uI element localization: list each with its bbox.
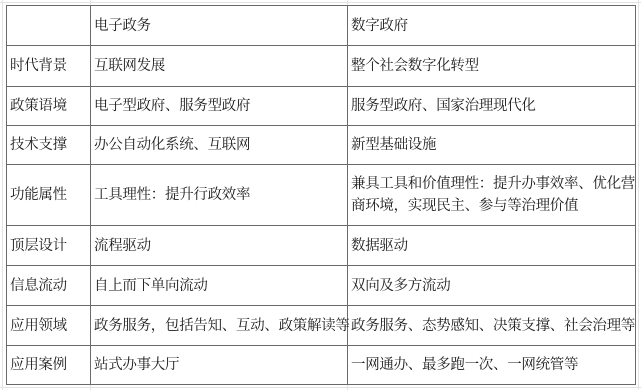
comparison-table: 电子政务 数字政府 时代背景 互联网发展 整个社会数字化转型 政策语境 电子型政… — [6, 5, 636, 385]
table-row: 功能属性 工具理性：提升行政效率 兼具工具和价值理性：提升办事效率、优化营商环境… — [7, 165, 636, 226]
table-row: 应用领域 政务服务，包括告知、互动、政策解读等 政务服务、态势感知、决策支撑、社… — [7, 306, 636, 346]
cell-e-gov[interactable]: 自上而下单向流动 — [91, 266, 348, 306]
header-cell-e-gov[interactable]: 电子政务 — [91, 6, 348, 46]
table-row: 应用案例 站式办事大厅 一网通办、最多跑一次、一网统管等 — [7, 346, 636, 385]
row-label[interactable]: 顶层设计 — [7, 226, 91, 266]
cell-e-gov[interactable]: 工具理性：提升行政效率 — [91, 165, 348, 226]
row-label[interactable]: 政策语境 — [7, 87, 91, 126]
cell-digital-gov[interactable]: 新型基础设施 — [348, 126, 636, 165]
table-row: 信息流动 自上而下单向流动 双向及多方流动 — [7, 266, 636, 306]
cell-e-gov[interactable]: 政务服务，包括告知、互动、政策解读等 — [91, 306, 348, 346]
table-row: 技术支撑 办公自动化系统、互联网 新型基础设施 — [7, 126, 636, 165]
row-label[interactable]: 时代背景 — [7, 46, 91, 87]
table-row: 顶层设计 流程驱动 数据驱动 — [7, 226, 636, 266]
row-label[interactable]: 技术支撑 — [7, 126, 91, 165]
cell-digital-gov[interactable]: 一网通办、最多跑一次、一网统管等 — [348, 346, 636, 385]
row-label[interactable]: 功能属性 — [7, 165, 91, 226]
cell-digital-gov[interactable]: 兼具工具和价值理性：提升办事效率、优化营商环境，实现民主、参与等治理价值 — [348, 165, 636, 226]
cell-e-gov[interactable]: 电子型政府、服务型政府 — [91, 87, 348, 126]
header-cell-digital-gov[interactable]: 数字政府 — [348, 6, 636, 46]
cell-e-gov[interactable]: 流程驱动 — [91, 226, 348, 266]
cell-digital-gov[interactable]: 整个社会数字化转型 — [348, 46, 636, 87]
cell-e-gov[interactable]: 站式办事大厅 — [91, 346, 348, 385]
cell-e-gov[interactable]: 办公自动化系统、互联网 — [91, 126, 348, 165]
cell-digital-gov[interactable]: 政务服务、态势感知、决策支撑、社会治理等 — [348, 306, 636, 346]
row-label[interactable]: 应用领域 — [7, 306, 91, 346]
cell-digital-gov[interactable]: 双向及多方流动 — [348, 266, 636, 306]
cell-digital-gov[interactable]: 数据驱动 — [348, 226, 636, 266]
table-row: 政策语境 电子型政府、服务型政府 服务型政府、国家治理现代化 — [7, 87, 636, 126]
cell-digital-gov[interactable]: 服务型政府、国家治理现代化 — [348, 87, 636, 126]
table-row: 时代背景 互联网发展 整个社会数字化转型 — [7, 46, 636, 87]
table-header-row: 电子政务 数字政府 — [7, 6, 636, 46]
header-cell-blank[interactable] — [7, 6, 91, 46]
cell-e-gov[interactable]: 互联网发展 — [91, 46, 348, 87]
row-label[interactable]: 信息流动 — [7, 266, 91, 306]
row-label[interactable]: 应用案例 — [7, 346, 91, 385]
